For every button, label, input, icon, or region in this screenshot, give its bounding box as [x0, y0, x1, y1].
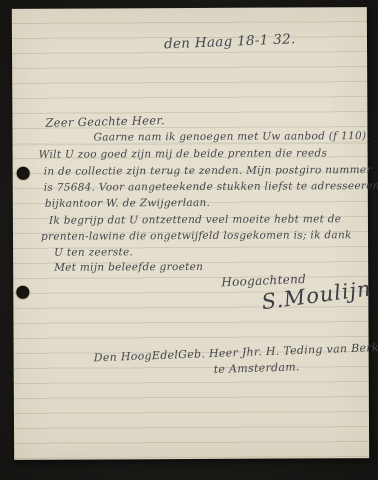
letter-date: den Haag 18-1 32. — [164, 31, 296, 52]
letter-paper: den Haag 18-1 32. Zeer Geachte Heer. Gaa… — [12, 7, 369, 460]
addressee-line: Den HoogEdelGeb. Heer Jhr. H. Teding van… — [93, 340, 378, 364]
body-line: bijkantoor W. de Zwijgerlaan. — [45, 197, 210, 210]
punch-hole-bottom — [16, 286, 29, 299]
body-line: U ten zeerste. — [54, 246, 133, 258]
scan-background: den Haag 18-1 32. Zeer Geachte Heer. Gaa… — [0, 0, 378, 480]
body-line: Wilt U zoo goed zijn mij de beide prente… — [39, 147, 328, 161]
punch-hole-top — [17, 167, 30, 180]
addressee-line: te Amsterdam. — [214, 360, 300, 376]
body-line: Met mijn beleefde groeten — [54, 261, 203, 274]
body-line: is 75684. Voor aangeteekende stukken lie… — [44, 180, 378, 194]
body-line: Ik begrijp dat U ontzettend veel moeite … — [49, 213, 341, 227]
body-line: in de collectie zijn terug te zenden. Mi… — [44, 164, 372, 178]
body-line: prenten-lawine die ongetwijfeld losgekom… — [41, 229, 352, 243]
letter-salutation: Zeer Geachte Heer. — [45, 113, 165, 130]
body-line: Gaarne nam ik genoegen met Uw aanbod (f … — [93, 130, 370, 143]
